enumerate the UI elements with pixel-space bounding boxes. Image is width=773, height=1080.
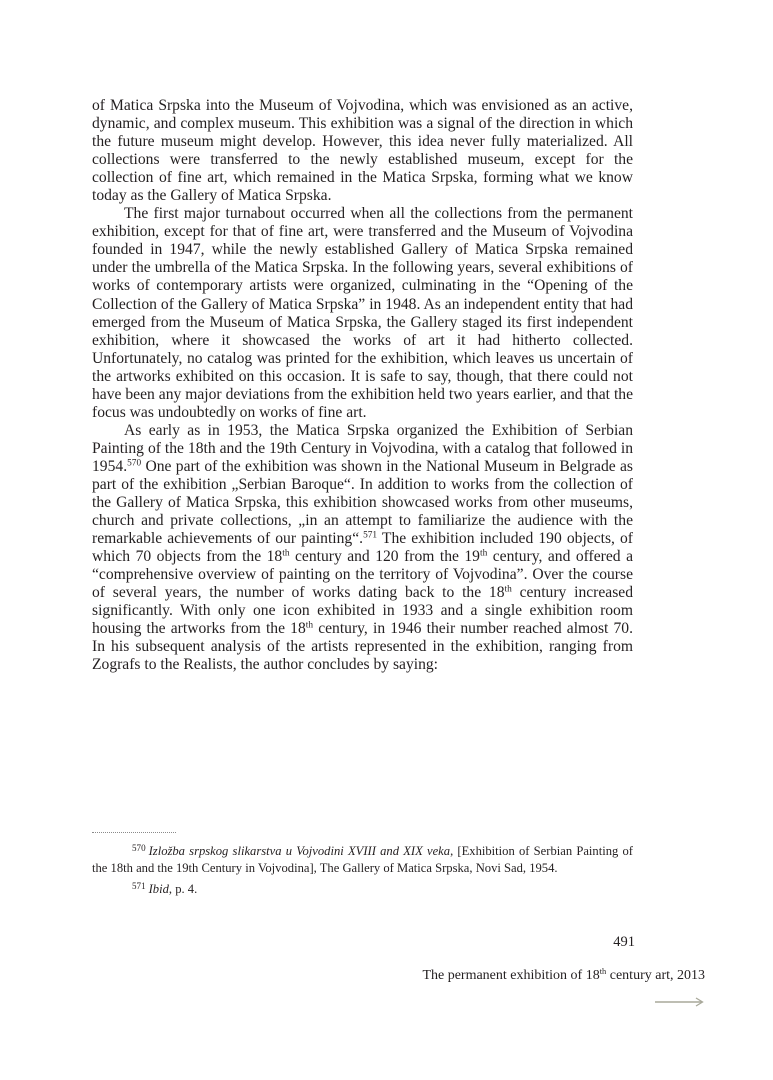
footnote-number: 570 [132,843,146,853]
running-title-text: century art, 2013 [606,968,705,983]
document-page: of Matica Srpska into the Museum of Vojv… [0,0,773,1080]
ordinal-suffix: th [282,549,289,559]
running-title-text: The permanent exhibition of 18 [422,968,599,983]
right-arrow-icon-glyph [655,996,705,1008]
footnote-number: 571 [132,881,146,891]
footnote-571: 571Ibid, p. 4. [92,881,633,898]
footnote-separator [92,832,176,833]
footnote-570: 570Izložba srpskog slikarstva u Vojvodin… [92,843,633,876]
footnote-text: , p. 4. [169,882,197,896]
footnote-title: Ibid [149,882,169,896]
footnote-ref-571[interactable]: 571 [363,531,377,541]
footnote-title: Izložba srpskog slikarstva u Vojvodini X… [149,844,450,858]
paragraph-3: As early as in 1953, the Matica Srpska o… [92,422,633,675]
footnote-ref-570[interactable]: 570 [127,458,141,468]
ordinal-suffix: th [505,585,512,595]
paragraph-2: The first major turnabout occurred when … [92,205,633,422]
paragraph-1: of Matica Srpska into the Museum of Vojv… [92,97,633,205]
ordinal-suffix: th [306,621,313,631]
right-arrow-icon[interactable] [655,993,705,1005]
page-number: 491 [605,934,635,951]
running-footer-title: The permanent exhibition of 18th century… [422,968,705,984]
main-text: of Matica Srpska into the Museum of Vojv… [92,97,633,675]
footnotes: 570Izložba srpskog slikarstva u Vojvodin… [92,843,633,903]
text-segment: century and 120 from the 19 [290,548,480,565]
